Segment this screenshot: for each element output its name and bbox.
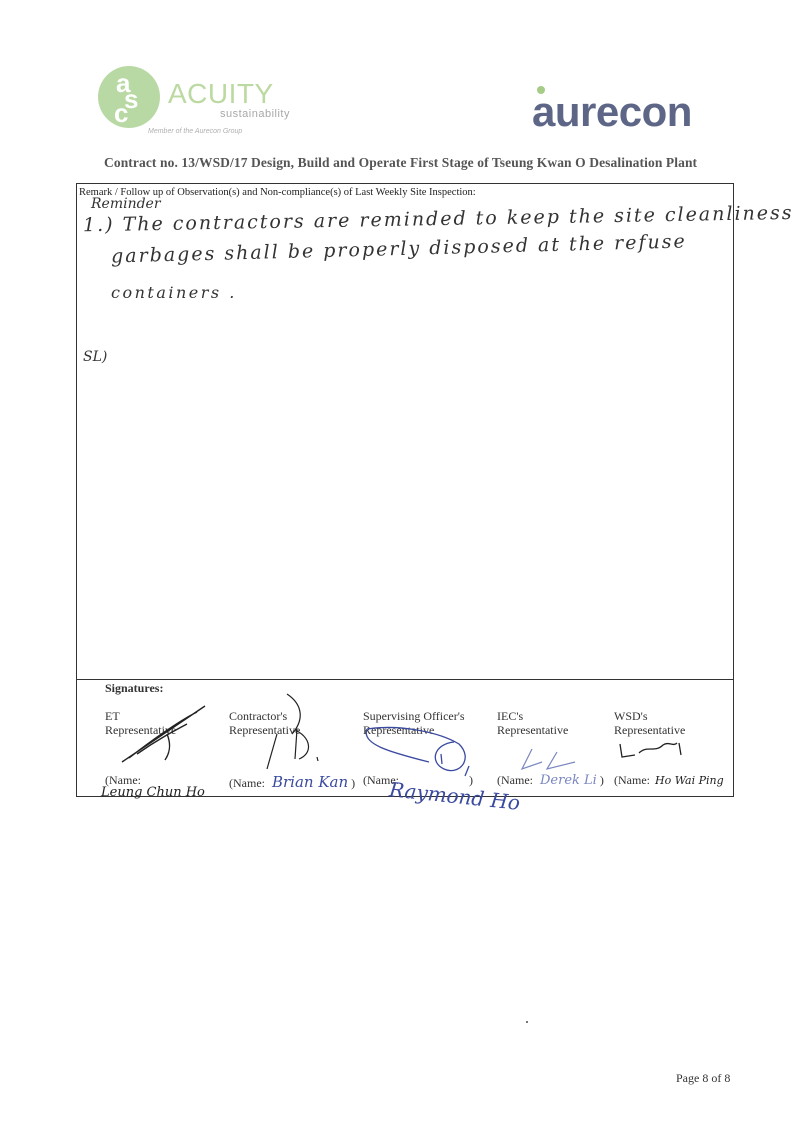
acuity-logo: a s c ACUITY sustainability Member of th… — [98, 66, 288, 142]
acuity-subtitle: sustainability — [220, 108, 290, 120]
sig-name-wsd: (Name: Ho Wai Ping — [614, 773, 724, 788]
sig-name-close: ) — [351, 776, 355, 790]
contract-title: Contract no. 13/WSD/17 Design, Build and… — [104, 155, 697, 171]
sig-role-line: Representative — [497, 723, 568, 737]
sig-name-label: (Name: — [229, 776, 265, 790]
sig-role-line: IEC's — [497, 709, 568, 723]
sig-name-iec: (Name: Derek Li ) — [497, 773, 604, 788]
supervising-officer-signature-icon — [359, 724, 479, 779]
contractor-signature-icon — [257, 689, 327, 774]
acuity-member-text: Member of the Aurecon Group — [148, 128, 242, 135]
acuity-mark-c: c — [114, 100, 128, 126]
sig-role-line: WSD's — [614, 709, 685, 723]
sig-name-label: (Name: — [497, 773, 533, 787]
sig-role-wsd: WSD's Representative — [614, 709, 685, 737]
et-signature-icon — [117, 704, 212, 764]
sig-name-value-et: Leung Chun Ho — [101, 785, 205, 800]
sig-name-label: (Name: — [614, 773, 650, 787]
iec-signature-icon — [517, 744, 587, 774]
handwritten-remark-line: containers . — [111, 283, 237, 302]
sig-role-line: Representative — [614, 723, 685, 737]
aurecon-logo: aurecon — [532, 88, 692, 136]
handwritten-remark-line: garbages shall be properly disposed at t… — [111, 230, 687, 267]
acuity-mark-icon: a s c — [98, 66, 160, 128]
sig-name-close: ) — [600, 773, 604, 787]
page-number: Page 8 of 8 — [676, 1071, 730, 1086]
wsd-signature-icon — [617, 739, 687, 764]
sig-name-value-contractor: Brian Kan — [272, 773, 348, 791]
handwritten-initials: SL) — [83, 349, 107, 365]
sig-name-value-wsd: Ho Wai Ping — [655, 774, 724, 787]
sig-name-contractor: (Name: Brian Kan ) — [229, 773, 355, 791]
signatures-divider — [77, 679, 733, 680]
sig-name-value-iec: Derek Li — [540, 773, 597, 788]
sig-role-iec: IEC's Representative — [497, 709, 568, 737]
inspection-form: Remark / Follow up of Observation(s) and… — [76, 183, 734, 797]
scan-speck — [526, 1021, 528, 1023]
handwritten-reminder-heading: Reminder — [91, 196, 161, 212]
sig-role-line: Supervising Officer's — [363, 709, 465, 723]
signatures-label: Signatures: — [105, 681, 163, 696]
handwritten-remark-line: 1.) The contractors are reminded to keep… — [83, 202, 793, 237]
acuity-name: ACUITY — [168, 78, 274, 110]
